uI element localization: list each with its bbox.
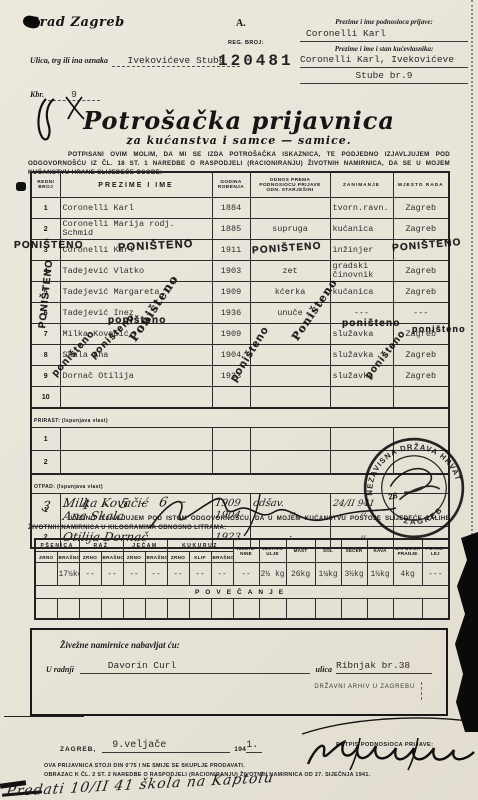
- cell-year: 1885: [212, 219, 250, 240]
- cell-year: 1909: [212, 282, 250, 303]
- table-row: 9 Dornač Otilija 1923 služavka Zagreb: [31, 366, 449, 387]
- cell-name: Skala Ana: [60, 345, 212, 366]
- cell-name: Tadejević Vlatko: [60, 261, 212, 282]
- perforation-line: [471, 0, 473, 555]
- applicant-value: Coronelli Karl: [300, 28, 468, 42]
- sup-value: --: [101, 563, 123, 586]
- sup-sub: BRAŠNO: [101, 552, 123, 563]
- cell-relation: [250, 345, 330, 366]
- shop-box: Živežne namirnice nabavljat ću: U radnji…: [30, 628, 448, 716]
- col-header: GODINA ROĐENJA: [212, 172, 250, 198]
- cell-occupation: kućanica: [330, 219, 393, 240]
- cell-year: [212, 387, 250, 409]
- stamp-date: 28: [387, 490, 398, 502]
- cell-name: Coronelli Karl: [60, 198, 212, 219]
- sup-sub: BRAŠNO: [211, 552, 233, 563]
- table-row: 2 Coronelli Marija rodj. Schmid 1885 sup…: [31, 219, 449, 240]
- sup-empty-cell: [286, 599, 315, 620]
- cell-num: 4: [31, 261, 60, 282]
- cell-name: Tadejević Margareta: [60, 282, 212, 303]
- cell-relation: [250, 240, 330, 261]
- col-header: ODNOS PREMA PODNOSIOCU PRIJAVE ODN. STAR…: [250, 172, 330, 198]
- prirast-band: PRIRAST: (Ispunjava vlast): [31, 408, 449, 428]
- sup-empty-cell: [79, 599, 101, 620]
- shop-heading: Živežne namirnice nabavljat ću:: [60, 640, 446, 650]
- stamp-arc-text: ZAGREB: [400, 504, 447, 530]
- sup-value: 1½kg: [367, 563, 393, 586]
- sup-group: KUKURUZ: [167, 539, 233, 552]
- cell-relation: [250, 387, 330, 409]
- cell-place: Zagreb: [393, 366, 449, 387]
- cell-num: 5: [31, 282, 60, 303]
- table-row: 6 Tadejević Inez 1936 unuče --- ---: [31, 303, 449, 324]
- reg-broj-value: 120481: [218, 52, 294, 70]
- cell-place: Zagreb: [393, 198, 449, 219]
- sup-value: 17½kg: [57, 563, 79, 586]
- supplies-values-row: 17½kg -- -- -- -- -- -- -- -- 2½ kg 26kg…: [35, 563, 449, 586]
- cell-place: ---: [393, 303, 449, 324]
- cell-place: Zagreb: [393, 261, 449, 282]
- sup-empty-cell: [393, 599, 422, 620]
- cell-occupation: tvorn.ravn.: [330, 198, 393, 219]
- cell-relation: zet: [250, 261, 330, 282]
- sup-col: SOL: [315, 539, 341, 563]
- cell-place: Zagreb: [393, 345, 449, 366]
- cell-occupation: inžinjer: [330, 240, 393, 261]
- sup-value: --: [233, 563, 259, 586]
- col-header: PREZIME I IME: [60, 172, 212, 198]
- cell-occupation: ---: [330, 303, 393, 324]
- signature-scribble: [140, 488, 400, 538]
- date-value: 9.veljače: [102, 740, 230, 753]
- form-title: Potrošačka prijavnica: [0, 106, 478, 135]
- cell-relation: unuče: [250, 303, 330, 324]
- sup-sub: ZRNO: [167, 552, 189, 563]
- sup-empty-cell: [101, 599, 123, 620]
- sup-value: [35, 563, 57, 586]
- year-prefix: 194: [234, 746, 246, 753]
- sup-value: --: [79, 563, 101, 586]
- cell-year: 1923: [212, 366, 250, 387]
- cell-occupation: [330, 387, 393, 409]
- sup-empty-cell: [211, 599, 233, 620]
- cell-place: Zagreb: [393, 282, 449, 303]
- cell-empty: [212, 428, 250, 451]
- reg-broj-label: REG. BROJ:: [228, 40, 264, 46]
- place-label: ZAGREB,: [60, 746, 96, 753]
- form-subtitle: za kućanstva i samce — samice.: [0, 134, 478, 147]
- cell-name: [60, 387, 212, 409]
- cell-name: Tadejević Inez: [60, 303, 212, 324]
- sup-value: --: [123, 563, 145, 586]
- cell-relation: [250, 198, 330, 219]
- cell-num: 2: [31, 219, 60, 240]
- cell-year: 1911: [212, 240, 250, 261]
- street-label: Ulica, trg ili ina oznaka: [30, 56, 108, 65]
- sup-sub: KLIP: [189, 552, 211, 563]
- svg-text:ZAGREB: ZAGREB: [400, 504, 447, 530]
- prirast-label: PRIRAST: (Ispunjava vlast): [34, 418, 108, 424]
- cell-empty: [60, 428, 212, 451]
- landlord-value-1: Coronelli Karl, Ivekovićeve: [300, 54, 468, 68]
- sup-empty-cell: [35, 599, 57, 620]
- cell-occupation: kućanica: [330, 282, 393, 303]
- sup-empty-cell: [259, 599, 286, 620]
- sup-value: --: [211, 563, 233, 586]
- applicant-label: Prezime i ime podnosioca prijave:: [300, 18, 468, 26]
- supplies-table: PŠENICA RAŽ JEČAM KUKURUZ TJESTE-NINE JE…: [34, 538, 450, 620]
- sup-group: JEČAM: [123, 539, 167, 552]
- cell-name: Coronelli Marija rodj. Schmid: [60, 219, 212, 240]
- sup-value: --: [189, 563, 211, 586]
- sup-value: 1¼kg: [315, 563, 341, 586]
- cell-num: 7: [31, 324, 60, 345]
- landlord-label: Prezime i ime i stan kućevlasnika:: [300, 45, 468, 53]
- cell-num: 3: [31, 240, 60, 261]
- cell-occupation: služavka: [330, 324, 393, 345]
- sup-value: 26kg: [286, 563, 315, 586]
- sup-empty-cell: [315, 599, 341, 620]
- sup-empty-cell: [167, 599, 189, 620]
- sup-empty-cell: [57, 599, 79, 620]
- table-row: 8 Skala Ana 1904 služavka Zagreb: [31, 345, 449, 366]
- cell-relation: supruga: [250, 219, 330, 240]
- cell-place: [393, 387, 449, 409]
- table-row: 10: [31, 387, 449, 409]
- cell-num: 1: [31, 428, 60, 451]
- u-radnji-value: Davorin Curl: [80, 660, 310, 674]
- sup-sub: ZRNO: [123, 552, 145, 563]
- sup-col: TJESTE-NINE: [233, 539, 259, 563]
- sup-value: --: [145, 563, 167, 586]
- sup-sub: ZRNO: [35, 552, 57, 563]
- sup-empty-cell: [189, 599, 211, 620]
- cell-year: 1909: [212, 324, 250, 345]
- cell-relation: kćerka: [250, 282, 330, 303]
- col-header: MJESTO RADA: [393, 172, 449, 198]
- sup-col: ŠEĆER: [341, 539, 367, 563]
- sup-empty-cell: [233, 599, 259, 620]
- otpad-label: OTPAD: (Ispunjava vlast): [34, 484, 103, 490]
- sup-value: 4kg: [393, 563, 422, 586]
- sup-value: --: [167, 563, 189, 586]
- supplies-empty-row: [35, 599, 449, 620]
- divider-line: [4, 716, 84, 717]
- sup-col: JESTIVO ULJE: [259, 539, 286, 563]
- cell-num: 8: [31, 345, 60, 366]
- cell-year: 1884: [212, 198, 250, 219]
- sup-value: 2½ kg: [259, 563, 286, 586]
- table-row: 1 Coronelli Karl 1884 tvorn.ravn. Zagreb: [31, 198, 449, 219]
- table-row: 5 Tadejević Margareta 1909 kćerka kućani…: [31, 282, 449, 303]
- cell-place: Zagreb: [393, 324, 449, 345]
- cell-occupation: gradski činovnik: [330, 261, 393, 282]
- cell-place: [393, 240, 449, 261]
- cell-year: 1936: [212, 303, 250, 324]
- cell-year: 1903: [212, 261, 250, 282]
- cell-num: 9: [31, 366, 60, 387]
- cell-num: 6: [31, 303, 60, 324]
- table-row: 4 Tadejević Vlatko 1903 zet gradski čino…: [31, 261, 449, 282]
- sup-empty-cell: [123, 599, 145, 620]
- sup-sub: BRAŠNO: [57, 552, 79, 563]
- sup-sub: ZRNO: [79, 552, 101, 563]
- fine-print-1: OVA PRIJAVNICA STOJI DIN 0'75 I NE SMIJE…: [44, 763, 245, 769]
- year-value: 1.: [246, 740, 262, 753]
- sup-empty-cell: [367, 599, 393, 620]
- cell-relation: [250, 366, 330, 387]
- increase-label: POVEČANJE: [35, 586, 449, 599]
- table-row: 7 Milka Kovačić 1909 služavka Zagreb: [31, 324, 449, 345]
- cell-num: 1: [31, 198, 60, 219]
- sup-empty-cell: [145, 599, 167, 620]
- scan-smudge: [16, 182, 26, 191]
- cell-empty: [250, 451, 330, 475]
- sup-empty-cell: [341, 599, 367, 620]
- sup-col: MAST: [286, 539, 315, 563]
- ulica-label: ulica: [316, 665, 332, 674]
- cell-empty: [60, 451, 212, 475]
- col-header: REDNI BROJ: [31, 172, 60, 198]
- scanned-form-page: Grad Zagreb Ulica, trg ili ina oznaka Iv…: [0, 0, 478, 800]
- cell-num: 10: [31, 387, 60, 409]
- archive-stamp: DRŽAVNI ARHIV U ZAGREBU: [314, 682, 422, 700]
- cell-year: 1904: [212, 345, 250, 366]
- sup-sub: BRAŠNO: [145, 552, 167, 563]
- cell-empty: [250, 428, 330, 451]
- sup-value: 3½kg: [341, 563, 367, 586]
- col-header: ZANIMANJE: [330, 172, 393, 198]
- city-title: Grad Zagreb: [28, 15, 125, 30]
- torn-edge-artifact: [452, 532, 478, 732]
- cell-occupation: služavka: [330, 366, 393, 387]
- landlord-value-2: Stube br.9: [300, 70, 468, 84]
- cell-relation: [250, 324, 330, 345]
- sup-value: ---: [422, 563, 449, 586]
- ulica-value: Ribnjak br.38: [336, 660, 432, 674]
- cell-name: Dornač Otilija: [60, 366, 212, 387]
- cell-num: 2: [31, 451, 60, 475]
- sup-group: PŠENICA: [35, 539, 79, 552]
- cell-place: Zagreb: [393, 219, 449, 240]
- cell-occupation: služavka: [330, 345, 393, 366]
- section-letter: A.: [236, 18, 246, 29]
- cell-empty: [212, 451, 250, 475]
- table-row: 3 Coronelli Karl 1911 inžinjer: [31, 240, 449, 261]
- sup-empty-cell: [422, 599, 449, 620]
- cell-name: Coronelli Karl: [60, 240, 212, 261]
- sup-col: PETRO-LEJ: [422, 539, 449, 563]
- sup-group: RAŽ: [79, 539, 123, 552]
- u-radnji-label: U radnji: [46, 665, 74, 674]
- cell-name: Milka Kovačić: [60, 324, 212, 345]
